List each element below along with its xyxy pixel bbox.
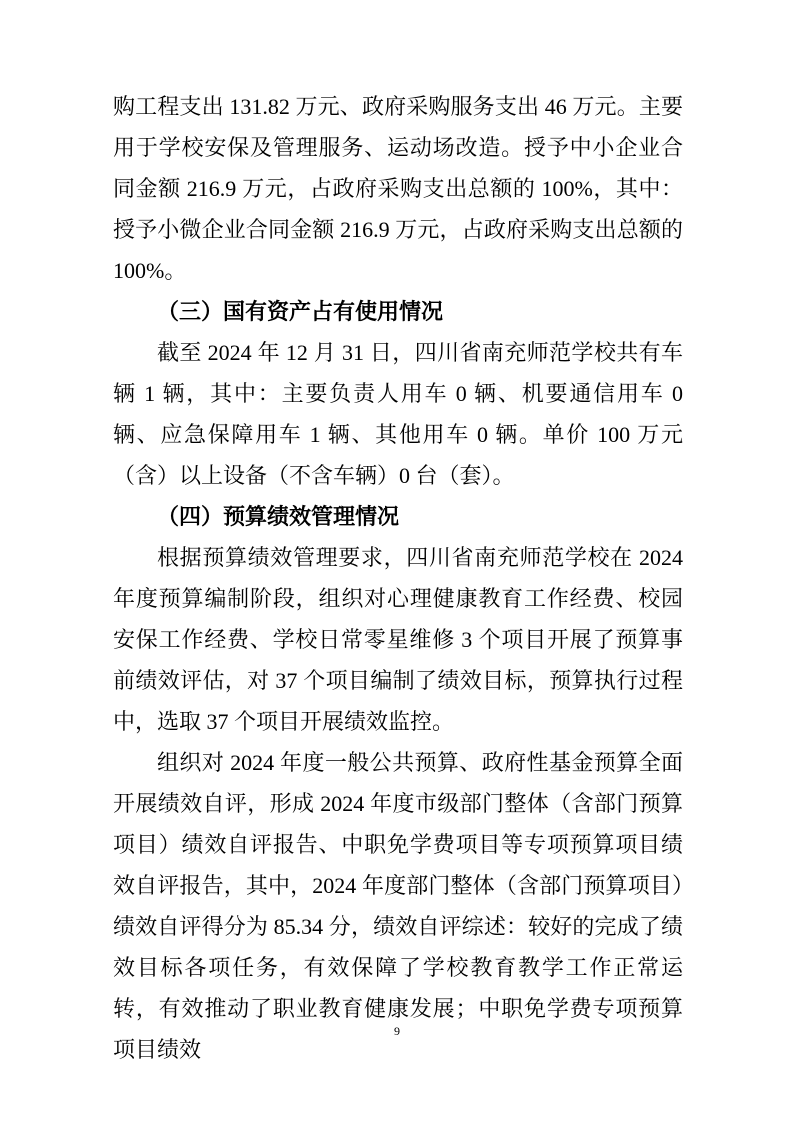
- paragraph-procurement-continuation: 购工程支出 131.82 万元、政府采购服务支出 46 万元。主要用于学校安保及…: [113, 86, 683, 291]
- page-number: 9: [0, 1024, 794, 1038]
- section-heading-budget-performance: （四）预算绩效管理情况: [113, 496, 683, 537]
- paragraph-performance-management: 根据预算绩效管理要求，四川省南充师范学校在 2024 年度预算编制阶段，组织对心…: [113, 537, 683, 742]
- section-heading-state-assets: （三）国有资产占有使用情况: [113, 291, 683, 332]
- document-page: 购工程支出 131.82 万元、政府采购服务支出 46 万元。主要用于学校安保及…: [0, 0, 794, 1123]
- paragraph-state-assets: 截至 2024 年 12 月 31 日，四川省南充师范学校共有车辆 1 辆，其中…: [113, 332, 683, 496]
- page-body: 购工程支出 131.82 万元、政府采购服务支出 46 万元。主要用于学校安保及…: [113, 86, 683, 1070]
- paragraph-self-evaluation: 组织对 2024 年度一般公共预算、政府性基金预算全面开展绩效自评，形成 202…: [113, 742, 683, 1070]
